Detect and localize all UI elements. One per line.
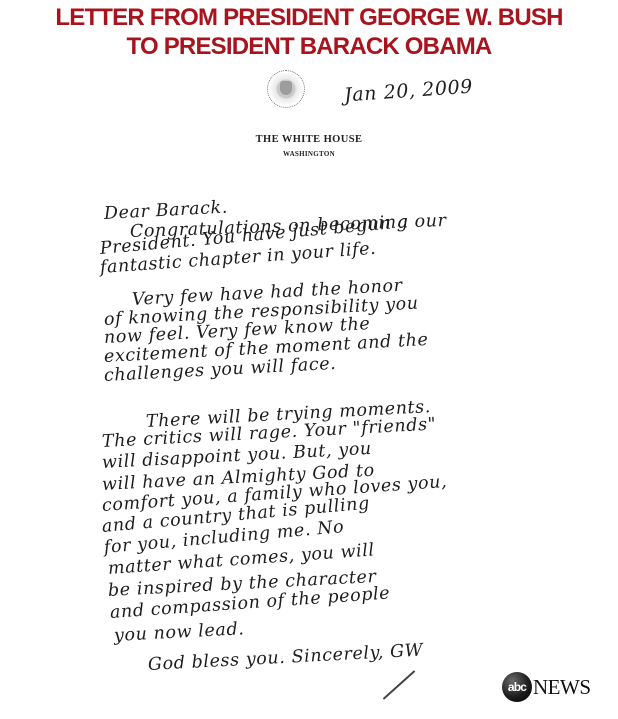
- presidential-seal-icon: [267, 70, 305, 108]
- abc-logo-news-text: NEWS: [533, 675, 591, 700]
- letter-line: God bless you. Sincerely, GW: [147, 641, 423, 675]
- letterhead-organization: THE WHITE HOUSE: [0, 134, 618, 145]
- letter-date: Jan 20, 2009: [343, 76, 473, 107]
- headline-line-1: LETTER FROM PRESIDENT GEORGE W. BUSH: [0, 4, 618, 32]
- abc-news-logo: abc NEWS: [502, 672, 591, 702]
- abc-logo-ball: abc: [502, 672, 532, 702]
- headline-line-2: TO PRESIDENT BARACK OBAMA: [0, 33, 618, 61]
- letter-line: you now lead.: [113, 619, 244, 646]
- signature-stroke: [383, 670, 416, 700]
- letterhead-location: WASHINGTON: [0, 150, 618, 158]
